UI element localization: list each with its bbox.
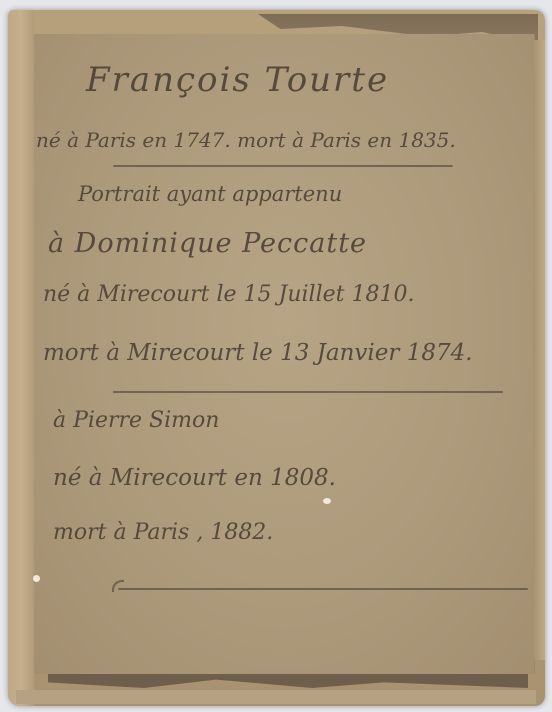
- line-tourte-dates: né à Paris en 1747. mort à Paris en 1835…: [36, 128, 456, 152]
- line-simon: à Pierre Simon: [53, 408, 219, 433]
- bottom-strip: [16, 690, 536, 704]
- paper-spot: [323, 498, 331, 504]
- card-board: François Tourte né à Paris en 1747. mort…: [8, 10, 545, 706]
- line-peccatte-died: mort à Mirecourt le 13 Janvier 1874.: [43, 340, 473, 366]
- title-name: François Tourte: [86, 60, 389, 100]
- line-portrait: Portrait ayant appartenu: [78, 182, 342, 206]
- paper-spot: [33, 575, 40, 582]
- right-edge: [533, 40, 545, 660]
- line-peccatte: à Dominique Peccatte: [48, 228, 367, 259]
- underline-1: [113, 165, 453, 167]
- bottom-worn-band: [48, 674, 528, 688]
- line-peccatte-born: né à Mirecourt le 15 Juillet 1810.: [43, 282, 414, 307]
- line-simon-died: mort à Paris , 1882.: [53, 520, 273, 545]
- flourish-underline: [118, 588, 528, 590]
- underline-2: [113, 391, 503, 393]
- line-simon-born: né à Mirecourt en 1808.: [53, 465, 336, 491]
- left-spine: [8, 10, 34, 706]
